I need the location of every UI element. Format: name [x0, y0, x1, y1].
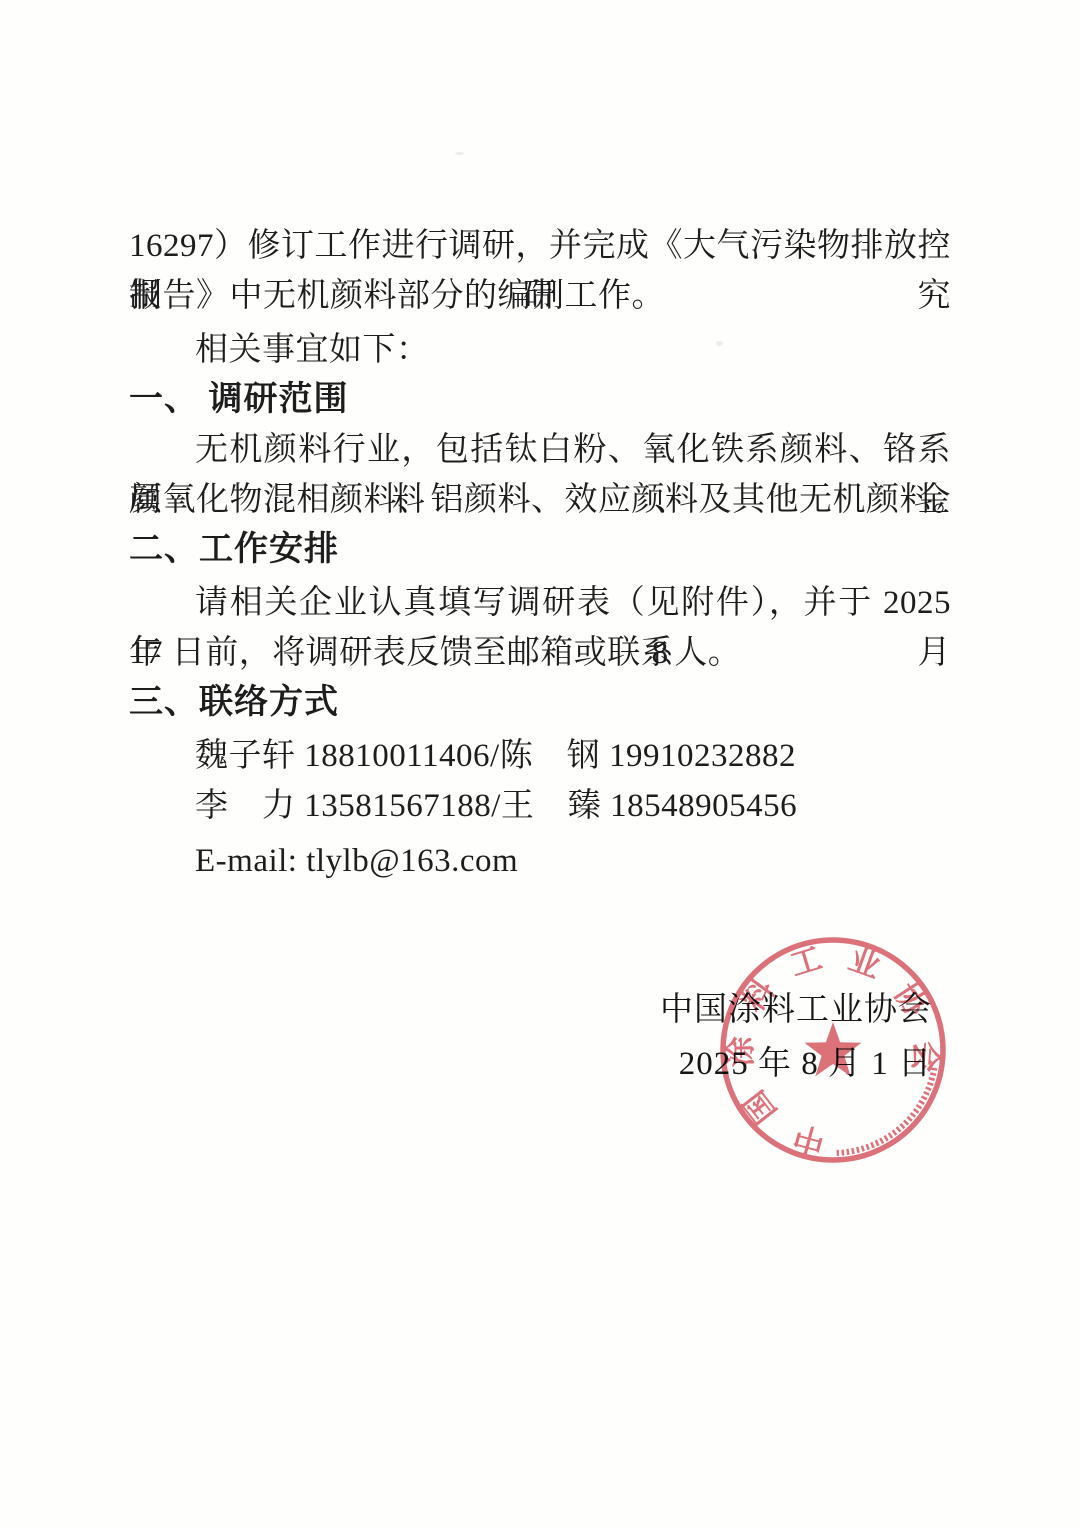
- email-line: E-mail: tlylb@163.com: [129, 836, 951, 886]
- signature-org: 中国涂料工业协会: [660, 983, 932, 1037]
- seal-char: 中: [790, 1118, 829, 1160]
- document-line: 请相关企业认真填写调研表（见附件），并于 2025 年 8 月: [129, 578, 951, 628]
- scan-artifact: [455, 152, 464, 155]
- section-heading: 一、 调研范围: [129, 375, 951, 425]
- contact-line: 李 力 13581567188/王 臻 18548905456: [129, 781, 951, 831]
- document-line: 无机颜料行业，包括钛白粉、氧化铁系颜料、铬系颜料、金: [129, 425, 951, 475]
- document-line: 16297）修订工作进行调研，并完成《大气污染物排放控制研究: [129, 221, 951, 271]
- document-page: 16297）修订工作进行调研，并完成《大气污染物排放控制研究 报告》中无机颜料部…: [0, 0, 1080, 1527]
- section-heading: 二、工作安排: [129, 525, 951, 575]
- signature-date: 2025 年 8 月 1 日: [660, 1037, 932, 1091]
- document-line: 属氧化物混相颜料、铝颜料、效应颜料及其他无机颜料。: [129, 475, 951, 525]
- document-line: 相关事宜如下：: [129, 325, 951, 375]
- signature-block: 中国涂料工业协会 2025 年 8 月 1 日: [660, 983, 932, 1091]
- section-heading: 三、联络方式: [129, 678, 951, 728]
- contact-line: 魏子轩 18810011406/陈 钢 19910232882: [129, 731, 951, 781]
- seal-char: 工: [786, 940, 826, 983]
- document-body: 16297）修订工作进行调研，并完成《大气污染物排放控制研究 报告》中无机颜料部…: [129, 221, 951, 886]
